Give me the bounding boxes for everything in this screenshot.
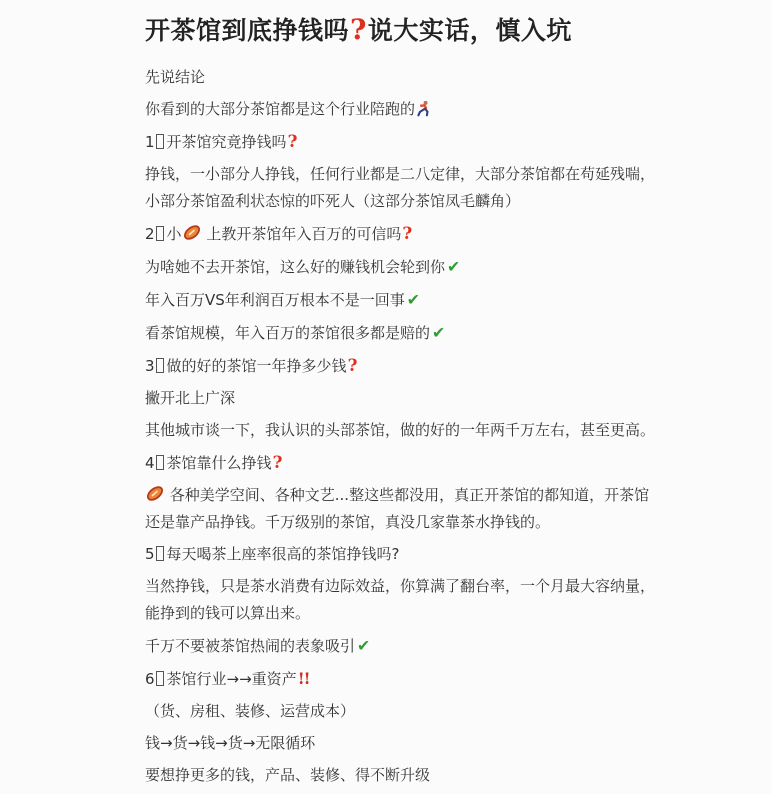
sweet-potato-icon <box>182 223 202 242</box>
red-question-icon: ? <box>347 355 359 375</box>
tofu-box-icon <box>156 134 164 149</box>
paragraph: 钱→货→钱→货→无限循环 <box>145 730 663 757</box>
text-run: 先说结论 <box>145 68 205 86</box>
paragraph: 千万不要被茶馆热闹的表象吸引✔ <box>145 632 663 660</box>
text-run: 当然挣钱，只是茶水消费有边际效益，你算满了翻台率，一个月最大容纳量，能挣到的钱可… <box>145 577 655 622</box>
text-run: 1 <box>145 133 155 151</box>
paragraph: 你看到的大部分茶馆都是这个行业陪跑的 <box>145 96 663 123</box>
text-run: 看茶馆规模，年入百万的茶馆很多都是赔的 <box>145 324 430 342</box>
text-run: 小 <box>167 225 182 243</box>
paragraph: （货、房租、装修、运营成本） <box>145 698 663 725</box>
paragraph: 5每天喝茶上座率很高的茶馆挣钱吗? <box>145 541 663 568</box>
paragraph: 要想挣更多的钱，产品、装修、得不断升级 <box>145 762 663 769</box>
paragraph: 挣钱，一小部分人挣钱，任何行业都是二八定律，大部分茶馆都在苟延残喘，小部分茶馆盈… <box>145 161 663 215</box>
check-mark-icon: ✔ <box>430 323 445 342</box>
paragraph: 1开茶馆究竟挣钱吗? <box>145 128 663 156</box>
text-run: 3 <box>145 357 155 375</box>
tofu-box-icon <box>156 546 164 561</box>
red-question-icon: ? <box>401 223 413 243</box>
red-question-icon: ? <box>349 13 368 46</box>
check-mark-icon: ✔ <box>355 636 370 655</box>
text-run: 为啥她不去开茶馆，这么好的赚钱机会轮到你 <box>145 258 445 276</box>
check-mark-icon: ✔ <box>445 257 460 276</box>
tofu-box-icon <box>156 226 164 241</box>
text-run: 各种美学空间、各种文艺...整这些都没用，真正开茶馆的都知道，开茶馆还是靠产品挣… <box>145 486 649 531</box>
text-run: 茶馆靠什么挣钱 <box>167 454 272 472</box>
paragraph: 当然挣钱，只是茶水消费有边际效益，你算满了翻台率，一个月最大容纳量，能挣到的钱可… <box>145 573 663 627</box>
text-run: 6 <box>145 670 155 688</box>
tofu-box-icon <box>156 455 164 470</box>
text-run: 4 <box>145 454 155 472</box>
text-run: 上教开茶馆年入百万的可信吗 <box>202 225 402 243</box>
text-run: 年入百万VS年利润百万根本不是一回事 <box>145 291 405 309</box>
text-run: 你看到的大部分茶馆都是这个行业陪跑的 <box>145 100 415 118</box>
paragraph: 3做的好的茶馆一年挣多少钱? <box>145 352 663 380</box>
paragraph: 看茶馆规模，年入百万的茶馆很多都是赔的✔ <box>145 319 663 347</box>
text-run: 做的好的茶馆一年挣多少钱 <box>167 357 347 375</box>
text-run: 茶馆行业→→重资产 <box>167 670 297 688</box>
text-run: 其他城市谈一下，我认识的头部茶馆，做的好的一年两千万左右，甚至更高。 <box>145 421 655 439</box>
sweet-potato-icon <box>145 484 165 503</box>
paragraph: 撇开北上广深 <box>145 385 663 412</box>
article-body: 先说结论你看到的大部分茶馆都是这个行业陪跑的1开茶馆究竟挣钱吗?挣钱，一小部分人… <box>145 64 663 769</box>
text-run: 千万不要被茶馆热闹的表象吸引 <box>145 637 355 655</box>
text-run: 5 <box>145 545 155 563</box>
red-question-icon: ? <box>272 452 284 472</box>
text-run: 撇开北上广深 <box>145 389 235 407</box>
text-run: 开茶馆究竟挣钱吗 <box>167 133 287 151</box>
text-run: 说大实话，慎入坑 <box>368 16 572 45</box>
paragraph: 4茶馆靠什么挣钱? <box>145 449 663 477</box>
check-mark-icon: ✔ <box>405 290 420 309</box>
paragraph: 各种美学空间、各种文艺...整这些都没用，真正开茶馆的都知道，开茶馆还是靠产品挣… <box>145 482 663 536</box>
text-run: （货、房租、装修、运营成本） <box>145 702 355 720</box>
tofu-box-icon <box>156 358 164 373</box>
tofu-box-icon <box>156 671 164 686</box>
text-run: 2 <box>145 225 155 243</box>
paragraph: 先说结论 <box>145 64 663 91</box>
text-run: 每天喝茶上座率很高的茶馆挣钱吗? <box>167 545 400 563</box>
paragraph: 2小 上教开茶馆年入百万的可信吗? <box>145 220 663 248</box>
article: 开茶馆到底挣钱吗?说大实话，慎入坑 先说结论你看到的大部分茶馆都是这个行业陪跑的… <box>145 14 663 769</box>
red-question-icon: ? <box>287 131 299 151</box>
text-run: 开茶馆到底挣钱吗 <box>145 16 349 45</box>
paragraph: 为啥她不去开茶馆，这么好的赚钱机会轮到你✔ <box>145 253 663 281</box>
paragraph: 6茶馆行业→→重资产!! <box>145 665 663 693</box>
text-run: 钱→货→钱→货→无限循环 <box>145 734 315 752</box>
runner-icon <box>415 100 432 117</box>
paragraph: 其他城市谈一下，我认识的头部茶馆，做的好的一年两千万左右，甚至更高。 <box>145 417 663 444</box>
double-exclamation-icon: !! <box>297 669 310 688</box>
text-run: 挣钱，一小部分人挣钱，任何行业都是二八定律，大部分茶馆都在苟延残喘，小部分茶馆盈… <box>145 165 655 210</box>
paragraph: 年入百万VS年利润百万根本不是一回事✔ <box>145 286 663 314</box>
page-title: 开茶馆到底挣钱吗?说大实话，慎入坑 <box>145 14 663 47</box>
